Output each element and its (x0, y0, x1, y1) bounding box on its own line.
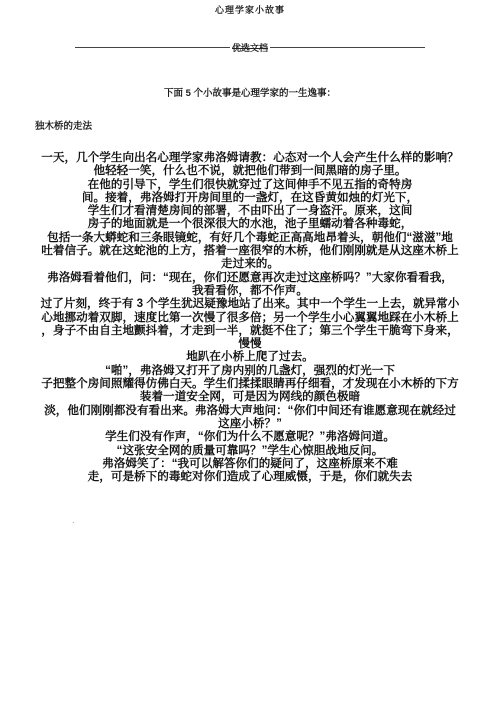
text-line: ，身子不由自主地颤抖着，才走到一半，就挺不住了；第三个学生干脆弯下身来， (33, 324, 467, 337)
text-line: 吐着信子。就在这蛇池的上方，搭着一座很窄的木桥，他们刚刚就是从这座木桥上 (33, 244, 467, 257)
document-page: { "document": { "title": "心理学家小故事", "hea… (0, 0, 500, 708)
text-line: 子把整个房间照耀得仿佛白天。学生们揉揉眼睛再仔细看，才发现在小木桥的下方 (33, 377, 467, 390)
text-line: 慢慢 (33, 337, 467, 350)
text-line: 心地挪动着双脚，速度比第一次慢了很多倍；另一个学生小心翼翼地踩在小木桥上 (33, 311, 467, 324)
text-line: “啪”，弗洛姆又打开了房内别的几盏灯，强烈的灯光一下 (33, 364, 467, 377)
text-line: 走，可是桥下的毒蛇对你们造成了心理威慑，于是，你们就失去 (33, 470, 467, 483)
text-line: 他轻轻一笑，什么也不说，就把他们带到一间黑暗的房子里。 (33, 164, 467, 177)
text-line: 一天，几个学生向出名心理学家弗洛姆请教：心态对一个人会产生什么样的影响？ (33, 151, 467, 164)
text-line: 房子的地面就是一个很深很大的水池，池子里蠕动着各种毒蛇， (33, 217, 467, 230)
document-title: 心理学家小故事 (0, 3, 500, 16)
header-rule: 优选文档 (75, 41, 425, 53)
text-line: 弗洛姆看着他们，问：“现在，你们还愿意再次走过这座桥吗？”大家你看看我， (33, 271, 467, 284)
text-line: 淡，他们刚刚都没有看出来。弗洛姆大声地问：“你们中间还有谁愿意现在就经过 (33, 404, 467, 417)
text-line: 在他的引导下，学生们很快就穿过了这间伸手不见五指的奇特房 (33, 178, 467, 191)
text-line: 学生们才看清楚房间的部署，不由吓出了一身盗汗。原来，这间 (33, 204, 467, 217)
section-heading: 独木桥的走法 (35, 118, 92, 132)
intro-line: 下面 5 个小故事是心理学家的一生逸事： (0, 85, 500, 99)
text-line: 过了片刻，终于有 3 个学生犹迟疑豫地站了出来。其中一个学生一上去，就异常小 (33, 297, 467, 310)
text-line: 这座小桥？” (33, 417, 467, 430)
text-line: “这张安全网的质量可靠吗？”学生心惊胆战地反问。 (33, 444, 467, 457)
text-line: 走过来的。 (33, 257, 467, 270)
story-paragraph: 一天，几个学生向出名心理学家弗洛姆请教：心态对一个人会产生什么样的影响？他轻轻一… (33, 151, 467, 483)
text-line: 我看看你，都不作声。 (33, 284, 467, 297)
text-line: 间。接着，弗洛姆打开房间里的一盏灯，在这昏黄如烛的灯光下， (33, 191, 467, 204)
footer-stray-mark: · (72, 518, 75, 527)
header-watermark-text: 优选文档 (230, 43, 270, 53)
text-line: 学生们没有作声，“你们为什么不愿意呢？”弗洛姆问道。 (33, 430, 467, 443)
text-line: 包括一条大蟒蛇和三条眼镜蛇，有好几个毒蛇正高高地昂着头，朝他们“滋滋”地 (33, 231, 467, 244)
text-line: 地趴在小桥上爬了过去。 (33, 350, 467, 363)
header-watermark: 优选文档 (75, 41, 425, 54)
text-line: 弗洛姆笑了：“我可以解答你们的疑问了，这座桥原来不难 (33, 457, 467, 470)
text-line: 装着一道安全网，可是因为网线的颜色极暗 (33, 390, 467, 403)
